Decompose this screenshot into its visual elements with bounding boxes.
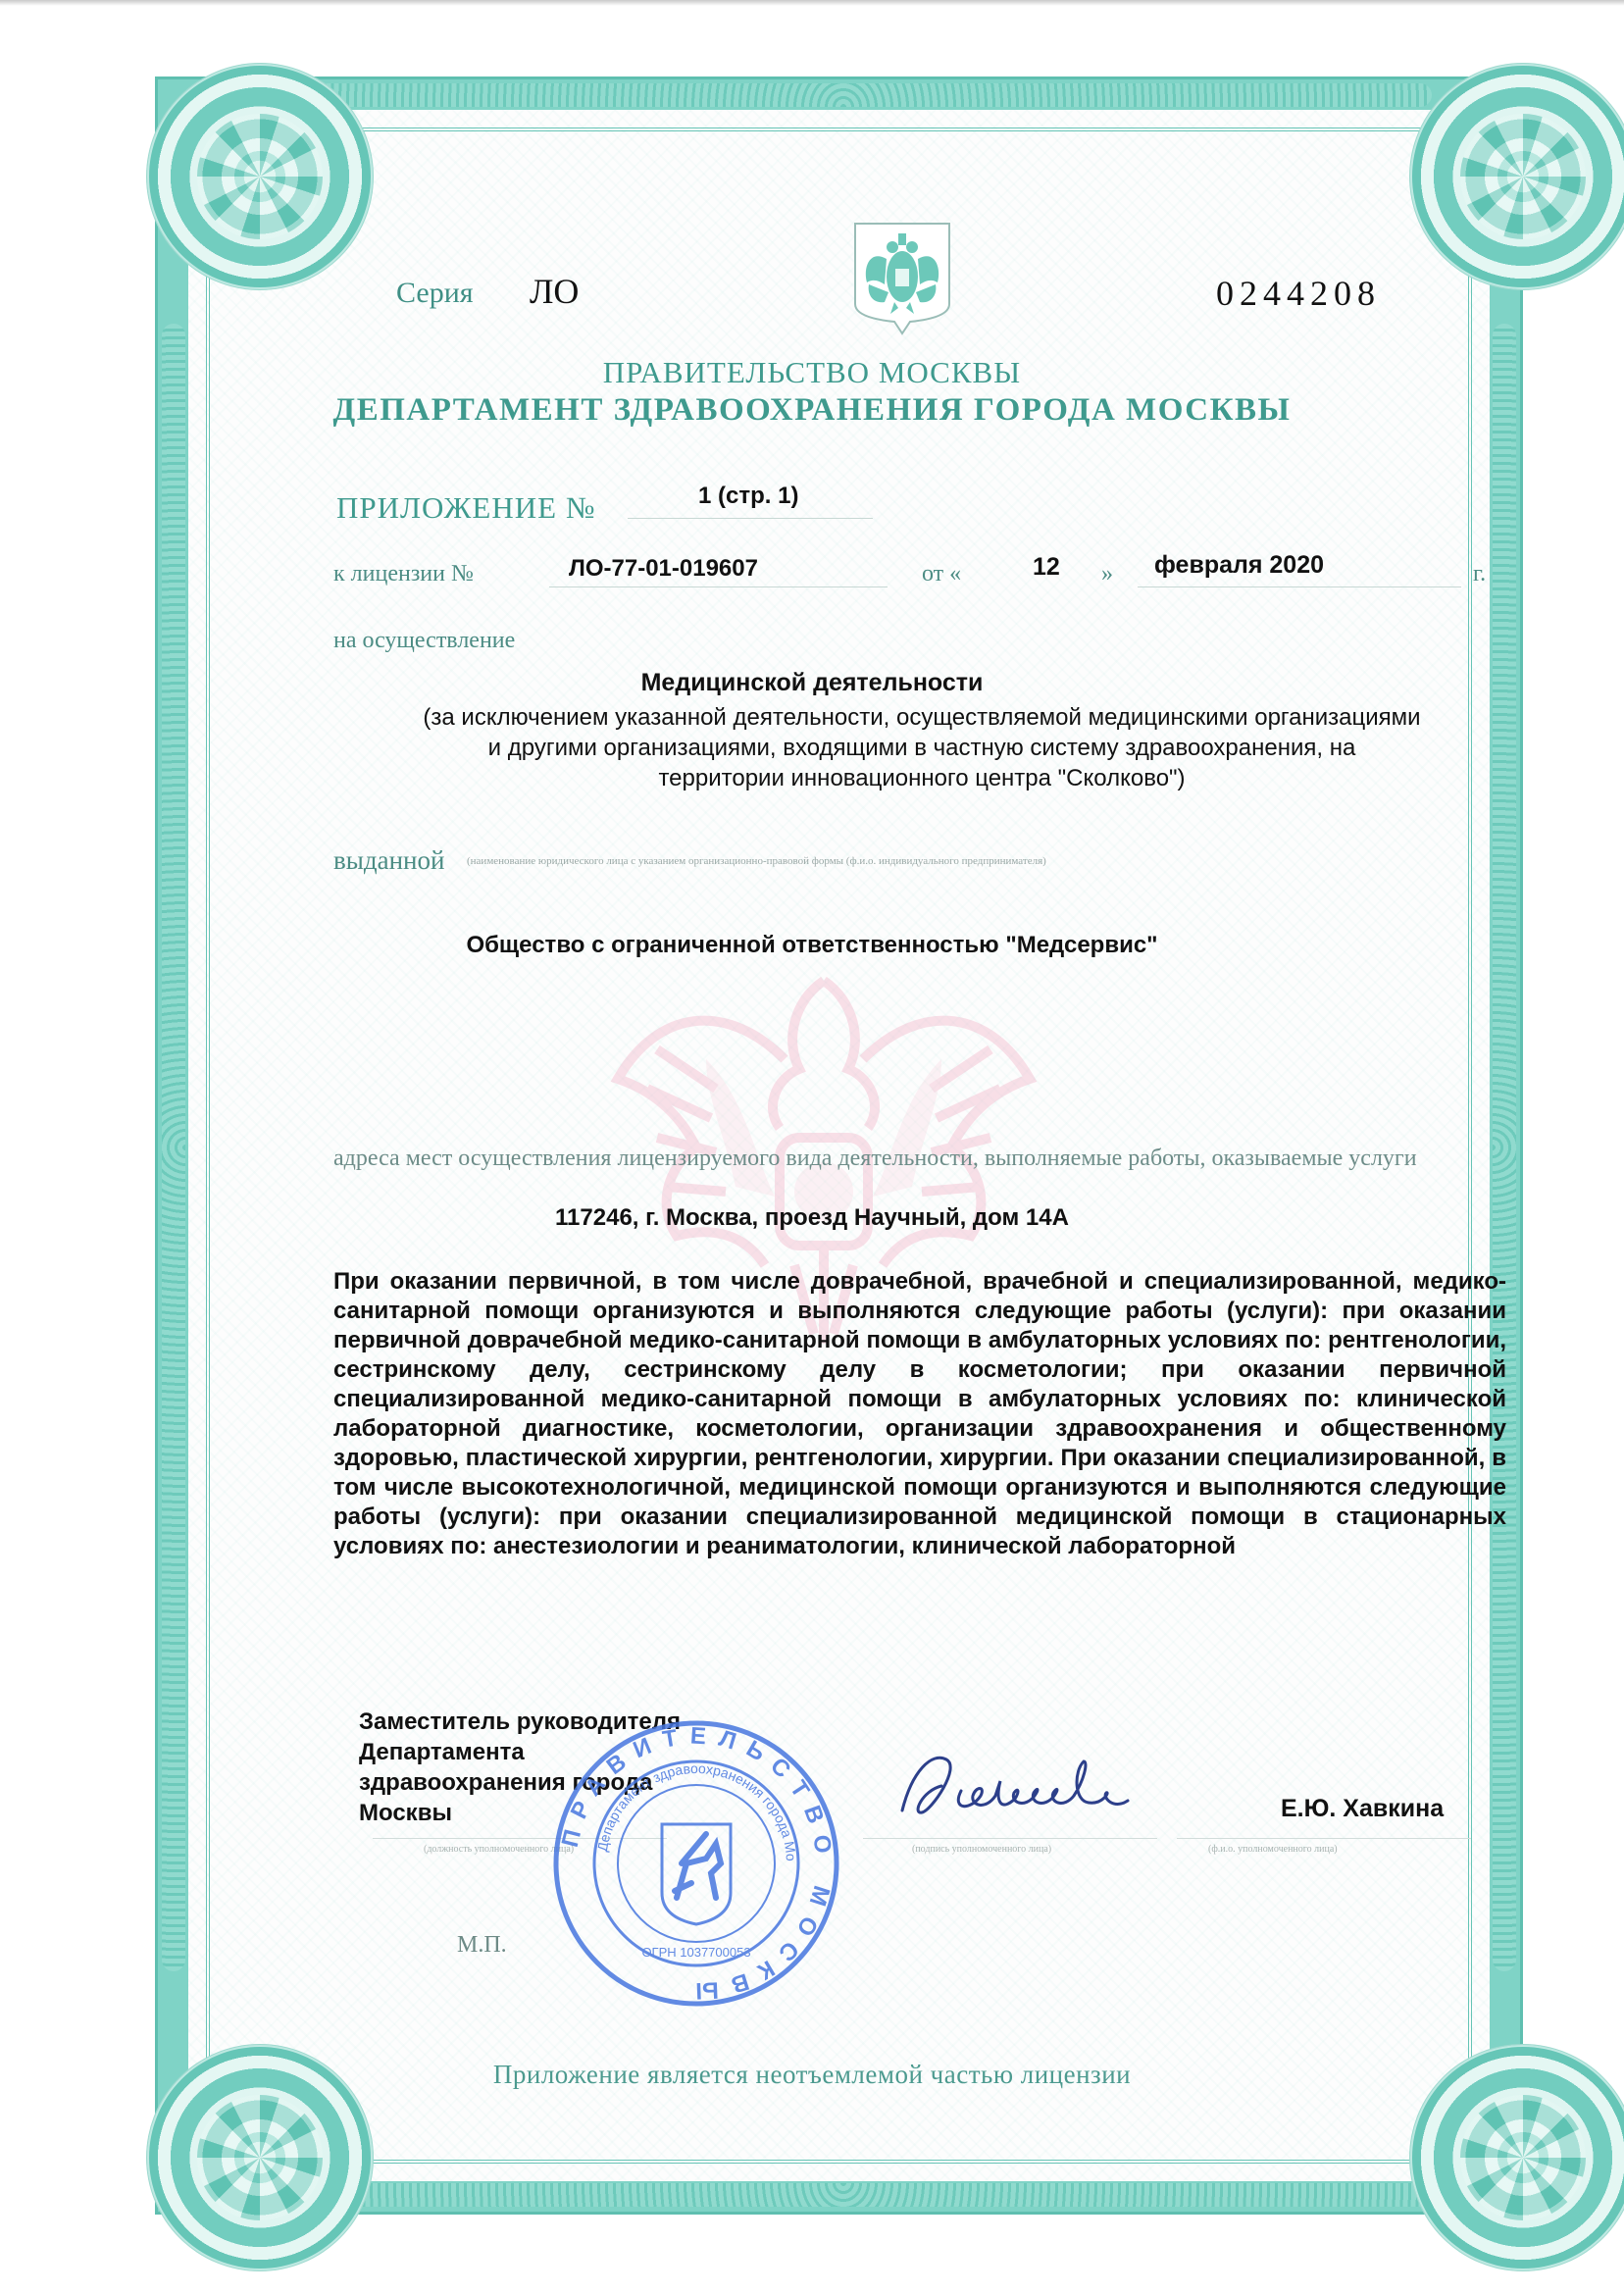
activity-description: (за исключением указанной деятельности, … xyxy=(314,702,1530,793)
services-text: При оказании первичной, в том числе довр… xyxy=(333,1267,1506,1561)
license-date-month-year: февраля 2020 xyxy=(1154,551,1324,580)
activity-description-line: и другими организациями, входящими в час… xyxy=(314,733,1530,763)
activity-description-line: территории инновационного центра "Сколко… xyxy=(314,763,1530,793)
activity-description-line: (за исключением указанной деятельности, … xyxy=(314,702,1530,733)
field-underline xyxy=(1177,1838,1471,1839)
organization-name: Общество с ограниченной ответственностью… xyxy=(0,932,1624,959)
field-underline xyxy=(549,586,888,587)
series-value: ЛО xyxy=(530,271,579,312)
name-caption: (ф.и.о. уполномоченного лица) xyxy=(1208,1844,1338,1855)
series-label: Серия xyxy=(396,277,474,310)
address-label: адреса мест осуществления лицензируемого… xyxy=(333,1144,1530,1174)
date-close-quote: » xyxy=(1101,561,1113,587)
field-underline xyxy=(628,518,873,519)
scan-edge xyxy=(0,0,1624,6)
license-label: к лицензии № xyxy=(333,561,474,587)
signature-caption: (подпись уполномоченного лица) xyxy=(912,1844,1051,1855)
appendix-number: 1 (стр. 1) xyxy=(698,483,798,510)
corner-rosette-icon xyxy=(147,64,373,289)
license-form-number: 0244208 xyxy=(1216,273,1381,314)
department-title: ДЕПАРТАМЕНТ ЗДРАВООХРАНЕНИЯ ГОРОДА МОСКВ… xyxy=(0,392,1624,429)
svg-text:ОГРН 1037700053: ОГРН 1037700053 xyxy=(641,1945,750,1960)
appendix-label: ПРИЛОЖЕНИЕ № xyxy=(336,490,595,526)
issued-hint: (наименование юридического лица с указан… xyxy=(467,855,1526,867)
signer-name: Е.Ю. Хавкина xyxy=(1281,1795,1444,1823)
russian-coat-of-arms-icon xyxy=(849,220,955,335)
issued-label: выданной xyxy=(333,845,444,876)
year-suffix: г. xyxy=(1473,561,1486,587)
activity-label: на осуществление xyxy=(333,628,515,654)
footer-note: Приложение является неотъемлемой частью … xyxy=(0,2060,1624,2090)
government-title: ПРАВИТЕЛЬСТВО МОСКВЫ xyxy=(0,355,1624,390)
date-prefix: от « xyxy=(922,561,961,587)
activity-title: Медицинской деятельности xyxy=(0,669,1624,697)
license-number: ЛО-77-01-019607 xyxy=(569,555,758,583)
license-date-day: 12 xyxy=(1033,553,1060,582)
handwritten-signature xyxy=(892,1742,1216,1830)
moscow-seal-stamp-icon: ПРАВИТЕЛЬСТВО МОСКВЫ Департамент здравоо… xyxy=(549,1716,843,2011)
license-appendix-page: Серия ЛО 0244208 ПРАВИТЕЛЬСТВО МОСКВЫ ДЕ… xyxy=(0,0,1624,2294)
field-underline xyxy=(863,1838,1157,1839)
seal-place-label: М.П. xyxy=(457,1932,507,1959)
address-value: 117246, г. Москва, проезд Научный, дом 1… xyxy=(0,1204,1624,1232)
corner-rosette-icon xyxy=(1410,64,1624,289)
field-underline xyxy=(1138,586,1461,587)
